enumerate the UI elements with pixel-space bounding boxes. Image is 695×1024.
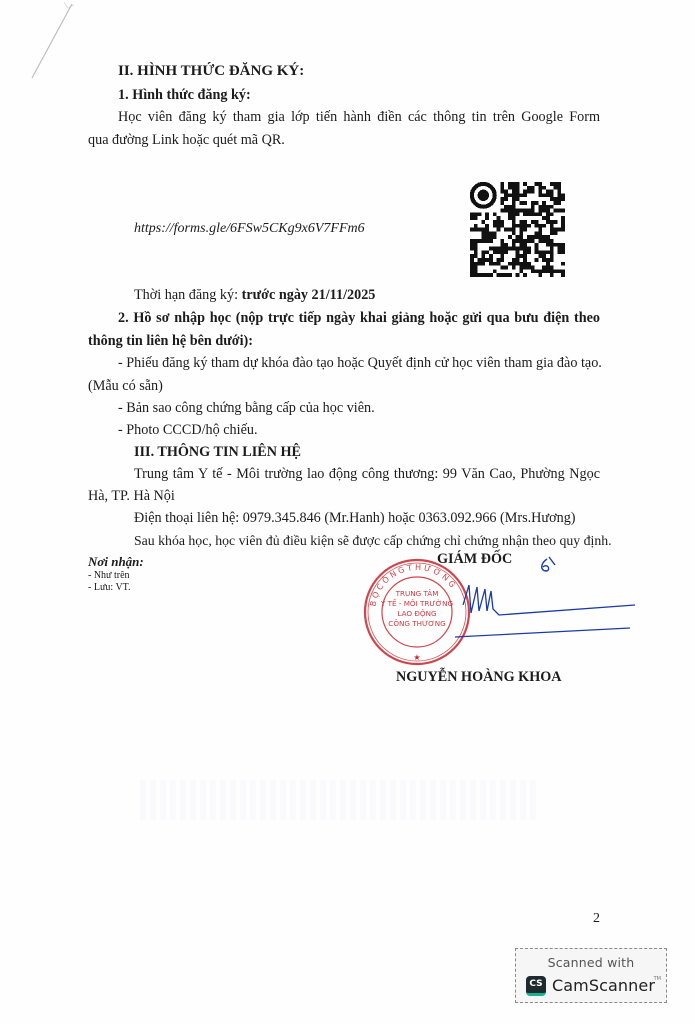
recipients-title: Nơi nhận: — [88, 553, 144, 571]
director-name: NGUYỄN HOÀNG KHOA — [396, 668, 562, 686]
scanned-with-label: Scanned with — [516, 955, 666, 970]
camscanner-brand: CamScanner — [552, 976, 655, 995]
document-page: II. HÌNH THỨC ĐĂNG KÝ: 1. Hình thức đăng… — [0, 0, 695, 1024]
certificate-note: Sau khóa học, học viên đủ điều kiện sẽ đ… — [134, 532, 612, 550]
section-2-title: II. HÌNH THỨC ĐĂNG KÝ: — [118, 62, 304, 80]
recipient-item: - Lưu: VT. — [88, 582, 131, 594]
registration-instructions-line1: Học viên đăng ký tham gia lớp tiến hành … — [118, 108, 600, 126]
required-doc-item: - Bản sao công chứng bằng cấp của học vi… — [118, 399, 375, 417]
camscanner-logo-icon: CS — [526, 976, 546, 996]
svg-text:TRUNG TÂM: TRUNG TÂM — [395, 589, 439, 598]
contact-address-line1: Trung tâm Y tế - Môi trường lao động côn… — [134, 465, 600, 483]
svg-text:CÔNG THƯƠNG: CÔNG THƯƠNG — [388, 619, 445, 628]
enrollment-docs-heading-line2: thông tin liên hệ bên dưới): — [88, 332, 253, 350]
deadline-label: Thời hạn đăng ký: — [134, 287, 242, 303]
camscanner-watermark: Scanned with CS CamScanner TM — [515, 948, 667, 1003]
contact-phone: Điện thoại liên hệ: 0979.345.846 (Mr.Han… — [134, 509, 576, 527]
registration-deadline: Thời hạn đăng ký: trước ngày 21/11/2025 — [134, 286, 375, 304]
registration-instructions-line2: qua đường Link hoặc quét mã QR. — [88, 131, 285, 149]
page-number: 2 — [593, 910, 600, 928]
qr-code-icon[interactable] — [470, 181, 565, 278]
bleed-through-text — [140, 780, 540, 820]
director-signature — [455, 555, 640, 640]
required-doc-item: - Phiếu đăng ký tham dự khóa đào tạo hoặ… — [118, 354, 600, 372]
svg-text:Y TẾ - MÔI TRƯỜNG: Y TẾ - MÔI TRƯỜNG — [380, 598, 453, 608]
required-doc-item-note: (Mẫu có sẵn) — [88, 377, 163, 395]
contact-address-line2: Hà, TP. Hà Nội — [88, 487, 175, 505]
scan-edge-mark — [28, 2, 74, 82]
deadline-value: trước ngày 21/11/2025 — [242, 287, 376, 303]
recipient-item: - Như trên — [88, 570, 130, 582]
section-3-title: III. THÔNG TIN LIÊN HỆ — [134, 443, 301, 461]
google-form-link[interactable]: https://forms.gle/6FSw5CKg9x6V7FFm6 — [134, 220, 365, 238]
trademark-mark: TM — [654, 976, 661, 982]
registration-method-heading: 1. Hình thức đăng ký: — [118, 86, 251, 104]
required-doc-item: - Photo CCCD/hộ chiếu. — [118, 421, 258, 439]
svg-text:★: ★ — [413, 653, 420, 662]
svg-text:LAO ĐỘNG: LAO ĐỘNG — [397, 609, 436, 618]
enrollment-docs-heading-line1: 2. Hồ sơ nhập học (nộp trực tiếp ngày kh… — [118, 309, 600, 327]
